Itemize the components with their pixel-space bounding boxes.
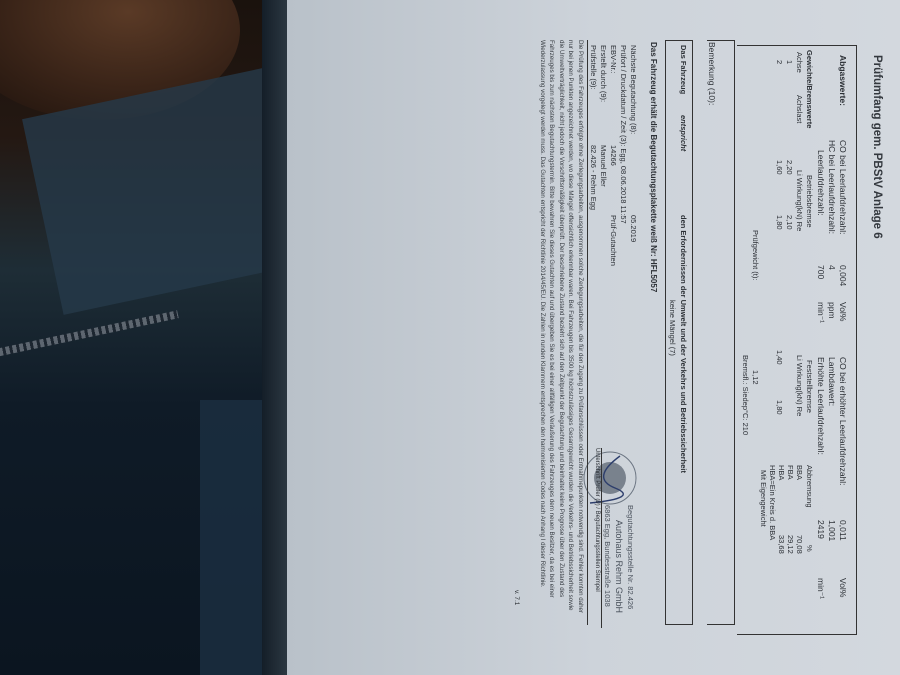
abgaswerte-label: Abgaswerte: [838, 55, 848, 106]
detail-label: Erstellt durch (9): [599, 45, 608, 102]
high-idle-rpm-label: Erhöhte Leerlaufdrehzahl: [816, 357, 826, 455]
fba-value: 29,12 [786, 535, 795, 554]
document-title: Prüfumfang gem. PBStV Anlage 6 [871, 55, 883, 239]
bremsfl-label: Bremsfl.: Siedep°C: [741, 355, 750, 421]
detail-value: Manuel Eller [599, 145, 608, 187]
detail-erstellt: Erstellt durch (9):Manuel Eller [599, 45, 608, 102]
detail-value: 14266 [609, 145, 618, 166]
idle-rpm-unit: min⁻¹ [815, 302, 826, 323]
axle-1-bb-right: 2,10 [785, 215, 794, 230]
percent-header: % [805, 545, 814, 552]
detail-label: EBV-Nr.: [609, 45, 618, 74]
lambda-value: 1,001 [827, 520, 837, 541]
result-subject: Das Fahrzeug [679, 45, 688, 94]
high-idle-rpm-value: 2419 [816, 520, 826, 539]
idle-rpm-value: 700 [816, 265, 826, 279]
co-idle-value: 0,004 [838, 265, 848, 286]
co-idle-label: CO bei Leerlaufdrehzahl: [838, 140, 848, 235]
detail-extra: Prüf-Gutachten [609, 215, 618, 266]
pruefgewicht-label: Prüfgewicht (t): [751, 230, 760, 280]
detail-label: Prüfstelle (9): [589, 45, 598, 90]
detail-label: Prüfort / Druckdatum / Zeit (3): [619, 45, 628, 146]
detail-ebv: EBV-Nr.:14266Prüf-Gutachten [609, 45, 618, 74]
bremsfl-value: 210 [741, 423, 750, 436]
hc-idle-label: HC bei Leerlaufdrehzahl: [827, 140, 837, 234]
detail-value: Egg, 08.06.2018 11:57 [619, 148, 628, 223]
plakette-statement: Das Fahrzeug erhält die Begutachtungspla… [649, 42, 658, 292]
axle-2-bb-left: 1,60 [775, 160, 784, 175]
hc-idle-value: 4 [827, 265, 837, 270]
betriebsbremse-sub: Li Wirkung(kN) Re [795, 170, 804, 231]
stamp-line-1: Begutachtungsstelle Nr. 82.426 [626, 505, 635, 609]
pruefgewicht-value: 1,12 [751, 370, 760, 385]
detail-value: 82.426 - Rehm Egg [589, 145, 598, 210]
axle-2-fb-left: 1,40 [775, 350, 784, 365]
zipper [0, 310, 179, 357]
co-high-idle-label: CO bei erhöhter Leerlaufdrehzahl: [838, 357, 848, 486]
bremsfluessigkeit: Bremsfl.: Siedep°C: 210 [741, 355, 750, 435]
achslast-header: Achslast [795, 95, 804, 123]
fba-label: FBA [786, 465, 795, 480]
result-verdict: entspricht [679, 115, 688, 151]
eigengewicht-note: Mit Eigengewicht [759, 470, 768, 527]
idle-rpm-label: Leerlaufdrehzahl: [816, 150, 826, 216]
detail-next-inspection: Nächste Begutachtung (8):05.2019 [629, 45, 638, 134]
stamp-line-2: Autohaus Rehm GmbH [614, 520, 624, 613]
detail-pruefstelle: Prüfstelle (9):82.426 - Rehm Egg [589, 45, 598, 90]
high-idle-rpm-unit: min⁻¹ [815, 578, 826, 599]
feststellbremse-header: Feststellbremse [805, 360, 814, 413]
bba-label: BBA [795, 465, 804, 480]
axle-2-fb-right: 1,80 [775, 400, 784, 415]
hba-value: 33,68 [777, 535, 786, 554]
co-high-idle-value: 0,011 [838, 520, 848, 541]
detail-label: Nächste Begutachtung (8): [629, 45, 638, 134]
stamp-caption: Unterschrift Prüfer (9) / Begutachtungss… [594, 448, 602, 628]
axle-2: 2 [775, 60, 784, 64]
axle-1-bb-left: 2,20 [785, 160, 794, 175]
betriebsbremse-header: Betriebsbremse [805, 175, 814, 228]
axle-2-bb-right: 1,80 [775, 215, 784, 230]
co-idle-unit: Vol% [838, 302, 848, 321]
bba-value: 70,08 [795, 535, 804, 554]
bemerkung-box [707, 40, 735, 625]
achse-header: Achse [795, 52, 804, 73]
legal-footer: Die Prüfung des Fahrzeuges erfolgte ohne… [528, 40, 588, 625]
detail-value: 05.2019 [629, 215, 638, 242]
co-high-idle-unit: Vol% [838, 578, 848, 597]
result-maengel: keine Mängel (7) [668, 300, 677, 356]
result-requirement: den Erfordernissen der Umwelt und der Ve… [679, 215, 688, 473]
hc-idle-unit: ppm [827, 302, 837, 319]
hba-label: HBA [777, 465, 786, 480]
abbremsung-header: Abbremsung [805, 465, 814, 508]
background-edge [262, 0, 290, 675]
detail-pruefort: Prüfort / Druckdatum / Zeit (3): Egg, 08… [619, 45, 628, 224]
feststellbremse-sub: Li Wirkung(kN) Re [795, 355, 804, 416]
stamp-line-3: 6863 Egg, Bundesstraße 1038 [603, 505, 612, 607]
inspection-report-paper: Prüfumfang gem. PBStV Anlage 6 Abgaswert… [287, 0, 900, 675]
hba-note: HBA=Ein Kreis d. BBA [768, 465, 777, 540]
version-label: v. 7.1 [513, 590, 520, 605]
lambda-label: Lambdawert: [827, 357, 837, 406]
axle-1: 1 [785, 60, 794, 64]
photo-background [0, 0, 290, 675]
gewichte-label: Gewichte/Bremswerte [805, 50, 814, 128]
